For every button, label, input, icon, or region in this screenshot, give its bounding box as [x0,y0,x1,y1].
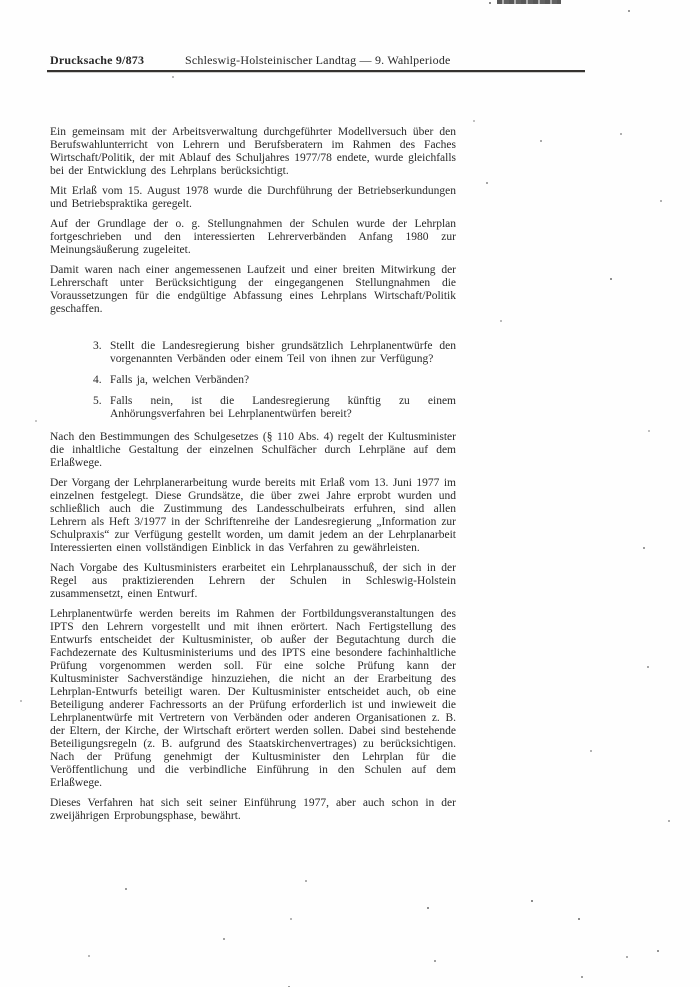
questions-list: 3. Stellt die Landesregierung bisher gru… [50,340,456,421]
question-number: 4. [93,374,102,387]
paragraph: Nach den Bestimmungen des Schulgesetzes … [50,431,456,470]
doc-title: Schleswig-Holsteinischer Landtag — 9. Wa… [185,53,451,68]
question-item: 3. Stellt die Landesregierung bisher gru… [110,340,456,366]
document-page: Drucksache 9/873 Schleswig-Holsteinische… [0,0,700,987]
paragraph: Mit Erlaß vom 15. August 1978 wurde die … [50,185,456,211]
question-item: 5. Falls nein, ist die Landesregierung k… [110,395,456,421]
paragraph: Lehrplanentwürfe werden bereits im Rahme… [50,608,456,790]
header-rule [47,70,585,72]
paragraph: Ein gemeinsam mit der Arbeitsverwaltung … [50,126,456,178]
question-text: Falls nein, ist die Landesregierung künf… [110,395,456,420]
paragraph: Der Vorgang der Lehrplanerarbeitung wurd… [50,477,456,555]
scan-noise-specks [0,0,2,2]
question-number: 3. [93,340,102,353]
paragraph: Auf der Grundlage der o. g. Stellungnahm… [50,218,456,257]
paragraph: Nach Vorgabe des Kultusministers erarbei… [50,562,456,601]
doc-number: Drucksache 9/873 [50,53,144,68]
question-text: Stellt die Landesregierung bisher grunds… [110,340,456,365]
question-text: Falls ja, welchen Verbänden? [110,374,249,386]
scan-smudge-artifact [497,0,561,4]
question-number: 5. [93,395,102,408]
document-body: Ein gemeinsam mit der Arbeitsverwaltung … [50,126,456,830]
paragraph: Dieses Verfahren hat sich seit seiner Ei… [50,797,456,823]
question-item: 4. Falls ja, welchen Verbänden? [110,374,456,387]
paragraph: Damit waren nach einer angemessenen Lauf… [50,264,456,316]
